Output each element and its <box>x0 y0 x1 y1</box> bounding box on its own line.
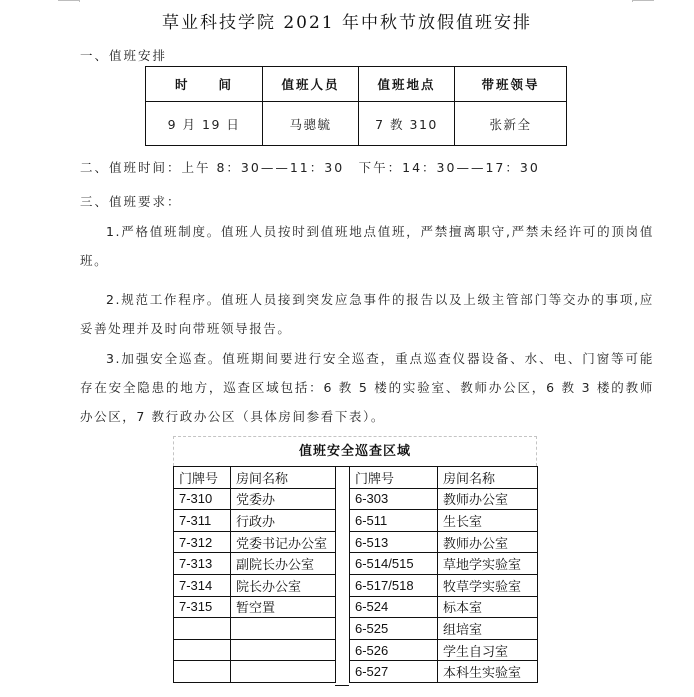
door-number: 7-314 <box>174 574 231 596</box>
door-number: 6-513 <box>350 531 438 553</box>
door-number: 6-524 <box>350 596 438 618</box>
room-name: 党委办 <box>231 488 336 510</box>
table-row: 6-526学生自习室 <box>350 639 538 661</box>
door-number <box>174 661 231 683</box>
room-name: 教师办公室 <box>438 531 538 553</box>
door-number: 6-303 <box>350 488 438 510</box>
section-2-heading: 二、值班时间：上午 8：30——11：30 下午：14：30——17：30 <box>80 158 540 176</box>
door-number: 6-511 <box>350 510 438 532</box>
header-door-number: 门牌号 <box>350 467 438 489</box>
table-row <box>174 661 336 683</box>
table-row: 6-517/518牧草学实验室 <box>350 574 538 596</box>
patrol-table-building-6: 门牌号 房间名称 6-303教师办公室 6-511生长室 6-513教师办公室 … <box>349 466 538 683</box>
section-3-heading: 三、值班要求： <box>80 192 182 210</box>
cell-date: 9 月 19 日 <box>146 102 263 146</box>
table-row: 6-303教师办公室 <box>350 488 538 510</box>
room-name: 标本室 <box>438 596 538 618</box>
table-row: 6-513教师办公室 <box>350 531 538 553</box>
table-row: 7-313副院长办公室 <box>174 553 336 575</box>
table-row <box>174 618 336 640</box>
page-corner-mark-right <box>632 0 654 1</box>
header-room-name: 房间名称 <box>438 467 538 489</box>
door-number: 7-312 <box>174 531 231 553</box>
door-number: 6-526 <box>350 639 438 661</box>
room-name <box>231 639 336 661</box>
table-header-row: 门牌号 房间名称 <box>174 467 336 489</box>
room-name: 草地学实验室 <box>438 553 538 575</box>
room-name <box>231 661 336 683</box>
room-name: 牧草学实验室 <box>438 574 538 596</box>
table-row: 7-311行政办 <box>174 510 336 532</box>
requirement-3: 3.加强安全巡查。值班期间要进行安全巡查，重点巡查仪器设备、水、电、门窗等可能存… <box>80 344 654 431</box>
table-row <box>174 639 336 661</box>
table-header-row: 门牌号 房间名称 <box>350 467 538 489</box>
cell-leader: 张新全 <box>455 102 567 146</box>
header-time: 时 间 <box>146 67 263 102</box>
door-number: 6-527 <box>350 661 438 683</box>
header-location: 值班地点 <box>359 67 455 102</box>
door-number: 6-514/515 <box>350 553 438 575</box>
patrol-area-title: 值班安全巡查区域 <box>173 436 537 466</box>
table-row: 6-525组培室 <box>350 618 538 640</box>
room-name: 院长办公室 <box>231 574 336 596</box>
room-name <box>231 618 336 640</box>
door-number: 7-315 <box>174 596 231 618</box>
cell-staff: 马骢毓 <box>263 102 359 146</box>
header-leader: 带班领导 <box>455 67 567 102</box>
door-number: 6-525 <box>350 618 438 640</box>
table-row: 7-312党委书记办公室 <box>174 531 336 553</box>
requirement-1: 1.严格值班制度。值班人员按时到值班地点值班，严禁擅离职守,严禁未经许可的顶岗值… <box>80 217 654 275</box>
door-number: 7-313 <box>174 553 231 575</box>
table-row: 9 月 19 日 马骢毓 7 教 310 张新全 <box>146 102 567 146</box>
requirement-2: 2.规范工作程序。值班人员接到突发应急事件的报告以及上级主管部门等交办的事项,应… <box>80 285 654 343</box>
table-row: 7-314院长办公室 <box>174 574 336 596</box>
section-1-heading: 一、值班安排 <box>80 46 167 64</box>
door-number: 7-310 <box>174 488 231 510</box>
cell-location: 7 教 310 <box>359 102 455 146</box>
table-row: 6-527本科生实验室 <box>350 661 538 683</box>
room-name: 学生自习室 <box>438 639 538 661</box>
patrol-area-table: 值班安全巡查区域 门牌号 房间名称 7-310党委办 7-311行政办 7-31… <box>173 436 537 466</box>
patrol-table-building-7: 门牌号 房间名称 7-310党委办 7-311行政办 7-312党委书记办公室 … <box>173 466 336 683</box>
table-header-row: 时 间 值班人员 值班地点 带班领导 <box>146 67 567 102</box>
page-corner-mark-left <box>58 0 80 1</box>
door-number: 7-311 <box>174 510 231 532</box>
room-name: 本科生实验室 <box>438 661 538 683</box>
table-row: 6-524标本室 <box>350 596 538 618</box>
room-name: 副院长办公室 <box>231 553 336 575</box>
table-divider-gap <box>335 466 349 686</box>
door-number <box>174 618 231 640</box>
room-name: 组培室 <box>438 618 538 640</box>
room-name: 暂空置 <box>231 596 336 618</box>
room-name: 生长室 <box>438 510 538 532</box>
table-row: 6-514/515草地学实验室 <box>350 553 538 575</box>
header-room-name: 房间名称 <box>231 467 336 489</box>
room-name: 教师办公室 <box>438 488 538 510</box>
table-row: 7-315暂空置 <box>174 596 336 618</box>
header-staff: 值班人员 <box>263 67 359 102</box>
duty-schedule-table: 时 间 值班人员 值班地点 带班领导 9 月 19 日 马骢毓 7 教 310 … <box>145 66 567 146</box>
door-number: 6-517/518 <box>350 574 438 596</box>
table-row: 7-310党委办 <box>174 488 336 510</box>
document-title: 草业科技学院 2021 年中秋节放假值班安排 <box>0 8 694 33</box>
header-door-number: 门牌号 <box>174 467 231 489</box>
door-number <box>174 639 231 661</box>
room-name: 党委书记办公室 <box>231 531 336 553</box>
table-row: 6-511生长室 <box>350 510 538 532</box>
room-name: 行政办 <box>231 510 336 532</box>
